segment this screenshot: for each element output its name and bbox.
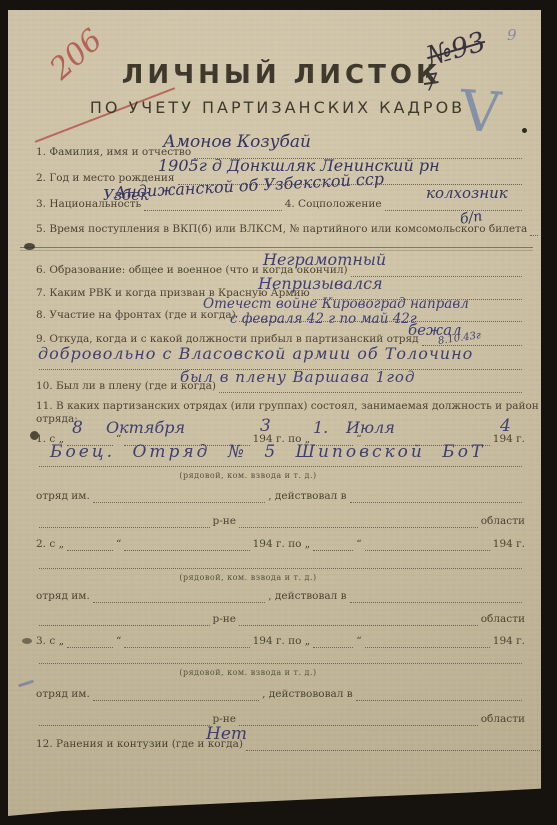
printed-otryad: отряд им. xyxy=(36,688,90,701)
printed-quote: “ xyxy=(116,635,121,648)
ruled-line xyxy=(246,747,541,751)
ruled-line xyxy=(93,697,259,701)
printed-rne: р-не xyxy=(213,515,236,528)
printed-quote: “ xyxy=(116,538,121,551)
hw-birth-line1: 1905г д Донкшляк Ленинский рн xyxy=(158,158,440,174)
hw-arrived-line2: добровольно с Власовской армии об Толочи… xyxy=(38,346,473,362)
separator-line xyxy=(20,247,533,248)
ruled-line xyxy=(239,524,478,528)
field-party-label: 5. Время поступления в ВКП(б) или ВЛКСМ,… xyxy=(36,223,527,236)
ruled-line xyxy=(356,697,522,701)
printed-from: с „ xyxy=(49,635,64,648)
ink-dot xyxy=(522,128,527,133)
ruled-line xyxy=(350,499,522,503)
field-units-label-line1: 11. В каких партизанских отрядах (или гр… xyxy=(36,400,541,413)
printed-quote: “ xyxy=(356,538,361,551)
ruled-line xyxy=(39,622,210,626)
printed-otryad: отряд им. xyxy=(36,490,90,503)
ruled-line xyxy=(39,722,210,726)
printed-quote: “ xyxy=(356,635,361,648)
entry3-otryad-row: отряд им. , действововал в xyxy=(36,688,525,701)
ink-blot xyxy=(22,638,32,644)
hw-entry1-from-year: 3 xyxy=(260,418,271,435)
entry2-position-rule xyxy=(36,565,525,569)
printed-oblast: области xyxy=(481,515,525,528)
corner-page-digit: 9 xyxy=(507,28,517,43)
hw-party-value: б/п xyxy=(459,209,483,226)
printed-acted: , действовал в xyxy=(268,590,346,603)
entry1-number: 1. xyxy=(36,433,46,446)
printed-to: г. по „ xyxy=(276,538,310,551)
entry1-otryad-row: отряд им. , действовал в xyxy=(36,490,525,503)
hw-nationality-value: Узбек xyxy=(103,188,149,203)
ruled-line xyxy=(350,599,522,603)
ruled-line xyxy=(239,622,478,626)
hw-entry1-from-day: 8 xyxy=(72,420,83,437)
entry2-region-row: р-не области xyxy=(36,613,525,626)
ruled-line xyxy=(39,524,210,528)
ruled-line xyxy=(219,389,522,393)
ruled-line xyxy=(39,565,522,569)
entry1-position-rule xyxy=(36,463,525,467)
entry3-number: 3. xyxy=(36,635,46,648)
ruled-line xyxy=(313,547,353,551)
field-units-header: 11. В каких партизанских отрядах (или гр… xyxy=(36,400,525,413)
hw-wounds-value: Нет xyxy=(206,726,247,743)
hw-fronts-line2: с февраля 42 г по май 42г xyxy=(230,313,417,327)
hw-social-value: колхозник xyxy=(426,186,508,201)
ruled-line xyxy=(365,547,490,551)
ruled-line xyxy=(39,660,522,664)
hw-education-value: Неграмотный xyxy=(263,252,386,268)
ruled-line xyxy=(124,547,249,551)
printed-to: г. по „ xyxy=(276,635,310,648)
printed-otryad: отряд им. xyxy=(36,590,90,603)
entry3-dates-row: 3. с „ “ 194 г. по „ “ 194 г. xyxy=(36,635,525,648)
printed-acted: , действовал в xyxy=(268,490,346,503)
ruled-line xyxy=(67,644,113,648)
field-party: 5. Время поступления в ВКП(б) или ВЛКСМ,… xyxy=(36,223,525,236)
entry3-position-rule xyxy=(36,660,525,664)
printed-year-194: 194 xyxy=(253,538,273,551)
printed-oblast: области xyxy=(481,713,525,726)
entry1-region-row: р-не области xyxy=(36,515,525,528)
printed-year-194: 194 xyxy=(253,635,273,648)
hw-entry1-position: Боец. Отряд № 5 Шиповской БоТ xyxy=(50,444,485,461)
hw-name-value: Амонов Козубай xyxy=(163,134,311,151)
field-wounds: 12. Ранения и контузии (где и когда) xyxy=(36,738,541,751)
ruled-line xyxy=(313,644,353,648)
ruled-line xyxy=(124,644,249,648)
form-title: ЛИЧНЫЙ ЛИСТОК xyxy=(8,60,541,90)
ruled-line xyxy=(239,722,478,726)
document-sheet: 206 №93 7 9 V ЛИЧНЫЙ ЛИСТОК ПО УЧЕТУ ПАР… xyxy=(8,10,541,816)
ruled-line xyxy=(93,599,265,603)
printed-oblast: области xyxy=(481,613,525,626)
ruled-line xyxy=(67,547,113,551)
ruled-line xyxy=(530,232,538,236)
printed-year-194: 194 xyxy=(493,538,513,551)
hw-fronts-line1: Отечест войне Кировоград направл xyxy=(203,298,469,312)
entry2-number: 2. xyxy=(36,538,46,551)
field-social-label: 4. Соцположение xyxy=(285,198,382,211)
form-subtitle: ПО УЧЕТУ ПАРТИЗАНСКИХ КАДРОВ xyxy=(8,98,541,117)
printed-acted: , действововал в xyxy=(262,688,353,701)
printed-g: г. xyxy=(516,538,525,551)
ruled-line xyxy=(385,207,522,211)
hw-rvk-value: Непризывался xyxy=(258,276,383,292)
printed-g: г. xyxy=(516,433,525,446)
ruled-line xyxy=(144,207,281,211)
ink-blot xyxy=(24,243,35,250)
printed-from: с „ xyxy=(49,538,64,551)
printed-rne: р-не xyxy=(213,613,236,626)
hw-entry1-to-month: Июля xyxy=(346,420,395,436)
entry2-dates-row: 2. с „ “ 194 г. по „ “ 194 г. xyxy=(36,538,525,551)
entry1-rank-hint: (рядовой, ком. взвода и т. д.) xyxy=(108,471,388,480)
hw-entry1-to-year: 4 xyxy=(500,418,511,435)
printed-g: г. xyxy=(516,635,525,648)
entry2-otryad-row: отряд им. , действовал в xyxy=(36,590,525,603)
blue-pencil-mark xyxy=(18,680,34,688)
hw-entry1-from-month: Октября xyxy=(106,420,185,436)
hw-captivity-value: был в плену Варшава 1год xyxy=(180,370,415,385)
ruled-line xyxy=(93,499,265,503)
ruled-line xyxy=(365,644,490,648)
ruled-line xyxy=(39,463,522,467)
printed-year-194: 194 xyxy=(493,635,513,648)
entry2-rank-hint: (рядовой, ком. взвода и т. д.) xyxy=(108,573,388,582)
entry3-region-row: р-не области xyxy=(36,713,525,726)
hw-entry1-to-day: 1. xyxy=(313,420,328,436)
entry3-rank-hint: (рядовой, ком. взвода и т. д.) xyxy=(108,668,388,677)
